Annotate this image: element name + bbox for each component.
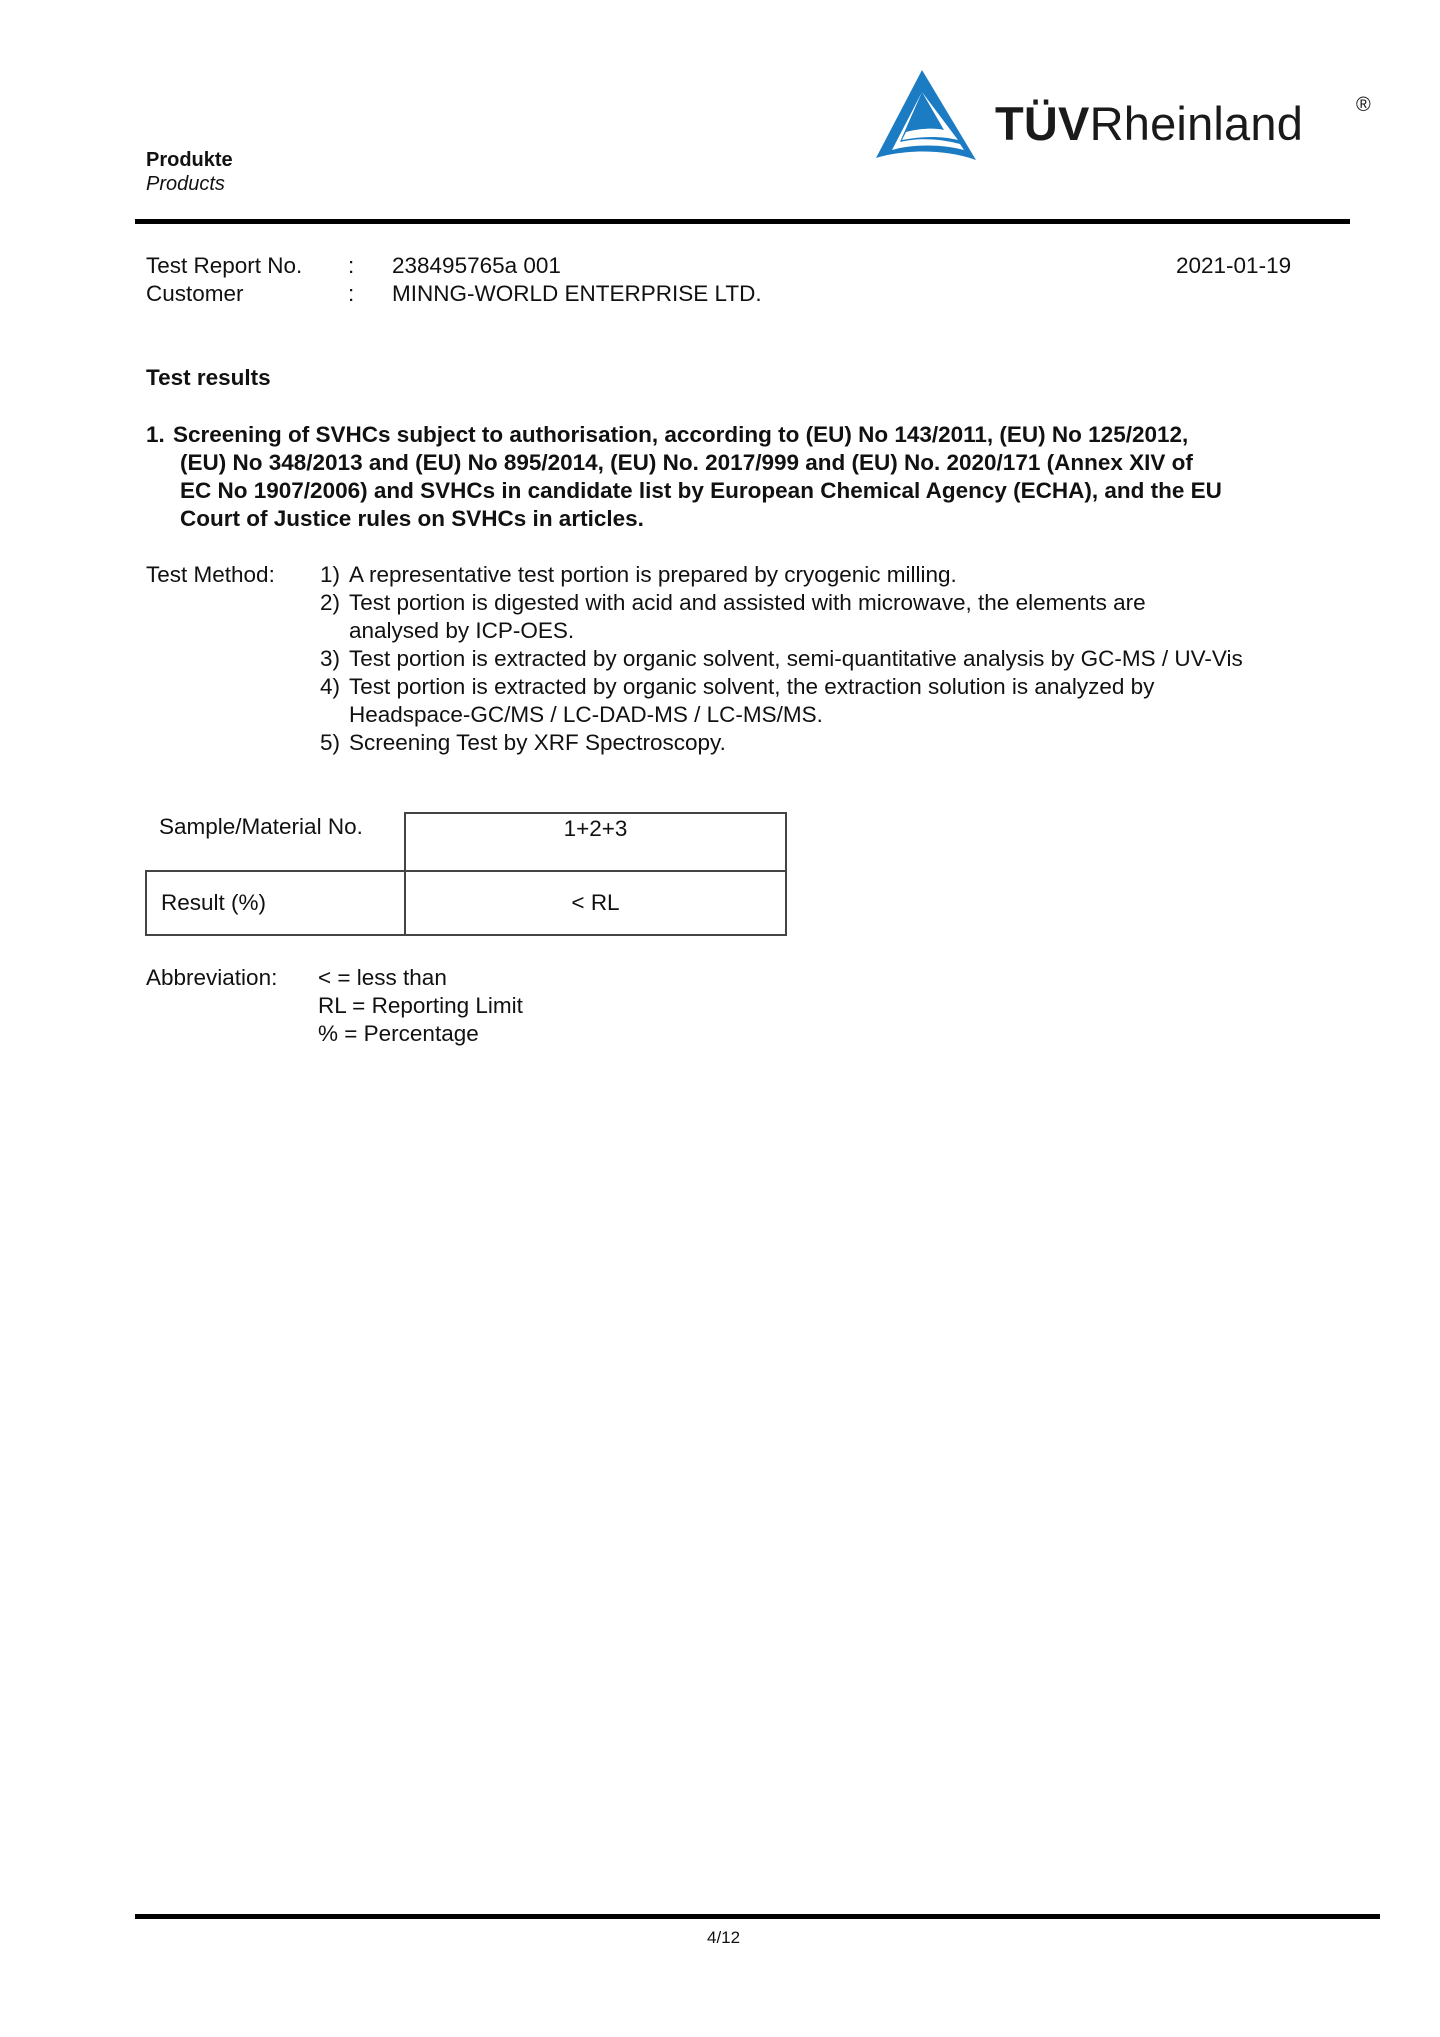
results-table: Sample/Material No. 1+2+3 Result (%) < R… — [145, 812, 787, 936]
brand-regular: Rheinland — [1090, 97, 1303, 150]
heading-line: Screening of SVHCs subject to authorisat… — [173, 421, 1188, 449]
method-step-text: Test portion is extracted by organic sol… — [349, 645, 1243, 673]
header-divider — [135, 219, 1350, 224]
abbreviation-item: RL = Reporting Limit — [318, 992, 523, 1020]
brand-logo-text: TÜVRheinland — [995, 96, 1303, 152]
sample-number-label: Sample/Material No. — [145, 812, 404, 870]
method-step-text: A representative test portion is prepare… — [349, 561, 957, 589]
abbreviation-item: % = Percentage — [318, 1020, 479, 1048]
heading-number: 1. — [146, 421, 165, 449]
report-number-value: 238495765a 001 — [392, 252, 561, 280]
separator: : — [348, 252, 354, 280]
department-title: Produkte — [146, 148, 233, 172]
abbreviation-label: Abbreviation: — [146, 964, 277, 992]
heading-line: (EU) No 348/2013 and (EU) No 895/2014, (… — [180, 449, 1193, 477]
test-method-label: Test Method: — [146, 561, 275, 589]
result-label: Result (%) — [145, 870, 406, 936]
method-step-number: 1) — [320, 561, 340, 589]
method-step-number: 2) — [320, 589, 340, 617]
method-step-number: 4) — [320, 673, 340, 701]
registered-mark: ® — [1356, 94, 1371, 116]
method-step-number: 5) — [320, 729, 340, 757]
customer-label: Customer — [146, 280, 244, 308]
method-step-text: Screening Test by XRF Spectroscopy. — [349, 729, 726, 757]
method-step-text: Test portion is extracted by organic sol… — [349, 673, 1154, 701]
sample-number-value: 1+2+3 — [404, 812, 787, 872]
method-step-text: Test portion is digested with acid and a… — [349, 589, 1146, 617]
heading-line: EC No 1907/2006) and SVHCs in candidate … — [180, 477, 1222, 505]
brand-bold: TÜV — [995, 97, 1090, 150]
report-date: 2021-01-19 — [1176, 252, 1291, 280]
method-step-text: Headspace-GC/MS / LC-DAD-MS / LC-MS/MS. — [349, 701, 823, 729]
abbreviation-item: < = less than — [318, 964, 447, 992]
page-number: 4/12 — [707, 1928, 740, 1948]
heading-line: Court of Justice rules on SVHCs in artic… — [180, 505, 644, 533]
method-step-number: 3) — [320, 645, 340, 673]
method-step-text: analysed by ICP-OES. — [349, 617, 574, 645]
customer-value: MINNG-WORLD ENTERPRISE LTD. — [392, 280, 762, 308]
department-subtitle: Products — [146, 172, 225, 196]
tuv-triangle-logo-icon — [872, 68, 980, 164]
section-title: Test results — [146, 364, 271, 392]
footer-divider — [135, 1914, 1380, 1919]
separator: : — [348, 280, 354, 308]
report-number-label: Test Report No. — [146, 252, 302, 280]
result-value: < RL — [404, 870, 787, 936]
